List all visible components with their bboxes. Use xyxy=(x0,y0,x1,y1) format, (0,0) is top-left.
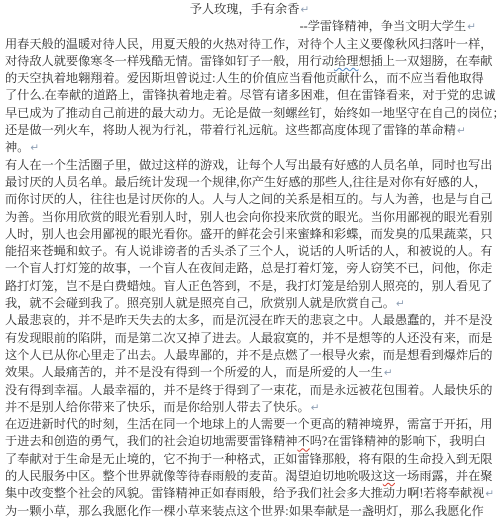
text-segment: 于进去和创造的勇气，我们的社会迫切地需要雷锋精神 xyxy=(5,434,298,448)
text-line: 并不是别人给你带来了快乐，而是你给别人带去了快乐。↵ xyxy=(5,399,494,416)
text-line: 还是做一列火车，将助人视为行礼，带着行礼远航。这些都高度体现了雷锋的革命精↵ xyxy=(5,122,494,139)
paragraph-mark-icon: ↵ xyxy=(29,142,39,154)
text-line: 有发现眼前的陷阱，而是第二次又掉了进去。人最寂寞的，并不是想等的人还没有来，而是 xyxy=(5,330,494,347)
text-line: 神。↵ xyxy=(5,139,494,156)
text-line: 路打灯笼，岂不是白费蜡烛。盲人正色答到，不是，我打灯笼是给别人照亮的，别人看见了 xyxy=(5,278,494,295)
text-segment: 能招来苍蝇和蚊子。有人说诽谤者的舌头杀了三个人，说话的人听话的人，和被说的人。有 xyxy=(5,244,493,258)
text-segment: 一个盲人打灯笼的故事，一个盲人在夜间走路，总是打着灯笼，旁人窃笑不已，问他，你走 xyxy=(5,261,493,275)
paragraph-mark-icon: ↵ xyxy=(466,21,476,33)
grammar-blue-squiggle: 给理 xyxy=(334,54,358,68)
text-line: 有人在一个生活圈子里，做过这样的游戏，让每个人写出最有好感的人员名单，同时也写出 xyxy=(5,157,494,174)
text-segment: 没有得到幸福。人最幸福的，并不是终于得到了一束花，而是永远被花包围着。人最快乐的 xyxy=(5,383,493,397)
paragraph-mark-icon: ↵ xyxy=(310,402,320,414)
text-segment: 了奉献对于生命是无止境的，它不拘于一种格式，正如雷锋那般，将有限的生命投入到无限 xyxy=(5,452,493,466)
text-line: 人最悲哀的，并不是昨天失去的太多，而是沉浸在昨天的悲哀之中。人最愚蠢的，并不是没 xyxy=(5,312,494,329)
text-line: 为善。当你用欣赏的眼光看别人时，别人也会向你投来欣赏的眼光。当你用鄙视的眼光看别 xyxy=(5,209,494,226)
text-segment: 早已成为了推动自己前进的最大动力。无论是做一刻螺丝钉，始终如一地坚守在自己的岗位… xyxy=(5,106,498,120)
text-segment: 想插上一双翅膀，在奉献 xyxy=(358,54,492,68)
text-line: 没有得到幸福。人最幸福的，并不是终于得到了一束花，而是永远被花包围着。人最快乐的 xyxy=(5,382,494,399)
text-line: 对待敌人就要像寒冬一样残酷无情。雷锋如钉子一般，用行动给理想插上一双翅膀，在奉献 xyxy=(5,53,494,70)
text-line: 效果。人最痛苦的，并不是没有得到一个所爱的人，而是所爱的人一生↵ xyxy=(5,364,494,381)
text-segment: 的天空执着地翱翔着。爱因斯坦曾说过:人生的价值应当看他贡献什么，而不应当看他取得 xyxy=(5,71,484,85)
text-line: 能招来苍蝇和蚊子。有人说诽谤者的舌头杀了三个人，说话的人听话的人，和被说的人。有 xyxy=(5,243,494,260)
subtitle-text: --学雷锋精神，争当文明大学生 xyxy=(300,19,467,33)
text-segment: 用春天般的温暖对待人民，用夏天般的火热对待工作，对待个人主义要像秋风扫落叶一样， xyxy=(5,37,493,51)
text-segment: 我，就不会碰到我了。照亮别人就是照亮自己，欣赏别人就是欣赏自己。 xyxy=(5,296,395,310)
text-segment: 为一颗小草，那么我愿化作一棵小草来装点这个世界:如果奉献是一盏明灯，那么我愿化作 xyxy=(5,504,484,518)
text-line: 在迈进新时代的时刻，生活在同一个地球上的人需要一个更高的精神境界，需富于开拓，用 xyxy=(5,416,494,433)
text-line: 最讨厌的人员名单。最后统计发现一个规律,你产生好感的那些人,往往是对你有好感的人… xyxy=(5,174,494,191)
document-page[interactable]: 予人玫瑰，手有余香↵ --学雷锋精神，争当文明大学生↵ 用春天般的温暖对待人民，… xyxy=(0,0,498,520)
title-text: 予人玫瑰，手有余香 xyxy=(190,2,300,16)
paragraph-mark-icon: ↵ xyxy=(383,367,393,379)
text-segment: 这个人已从你心里走了出去。人最卑鄙的，并不是点燃了一根导火索，而是想看到爆炸后的 xyxy=(5,348,493,362)
text-segment: 对待敌人就要像寒冬一样残酷无情。雷锋如钉子一般，用行动 xyxy=(5,54,334,68)
text-segment: 集中改变整个社会的风貌。雷锋精神正如春雨般，给予我们社会多大推动力啊!若将奉献视 xyxy=(5,486,484,500)
spellcheck-red-squiggle: 这 xyxy=(383,469,395,483)
text-segment: 路打灯笼，岂不是白费蜡烛。盲人正色答到，不是，我打灯笼是给别人照亮的，别人看见了 xyxy=(5,279,493,293)
text-line: 的人民服务中区。整个世界就像等待春雨般的麦苗。渴望迫切地吮吸这这一场雨露，并在聚 xyxy=(5,468,494,485)
text-segment: 了什么.在奉献的道路上，雷锋执着地走着。尽管有诸多困难，但在雷锋看来，对于党的忠… xyxy=(5,88,496,102)
text-segment: 并不是别人给你带来了快乐，而是你给别人带去了快乐。 xyxy=(5,400,310,414)
text-segment: 在迈进新时代的时刻，生活在同一个地球上的人需要一个更高的精神境界，需富于开拓，用 xyxy=(5,417,493,431)
text-segment: 有发现眼前的陷阱，而是第二次又掉了进去。人最寂寞的，并不是想等的人还没有来，而是 xyxy=(5,331,493,345)
text-segment: 有人在一个生活圈子里，做过这样的游戏，让每个人写出最有好感的人员名单，同时也写出 xyxy=(5,158,493,172)
text-line: 一个盲人打灯笼的故事，一个盲人在夜间走路，总是打着灯笼，旁人窃笑不已，问他，你走 xyxy=(5,260,494,277)
paragraph-mark-icon: ↵ xyxy=(456,125,466,137)
text-segment: 而你讨厌的人，往往也是讨厌你的人。人与人之间的关系是相互的。与人为善，也是与自己 xyxy=(5,192,493,206)
text-segment: 神。 xyxy=(5,140,29,154)
text-segment: 效果。人最痛苦的，并不是没有得到一个所爱的人，而是所爱的人一生 xyxy=(5,365,383,379)
text-segment: 吗?在雷锋精神的影响下，我明白 xyxy=(310,434,486,448)
text-line: 了什么.在奉献的道路上，雷锋执着地走着。尽管有诸多困难，但在雷锋看来，对于党的忠… xyxy=(5,87,494,104)
paragraph-mark-icon: ↵ xyxy=(484,488,494,500)
document-title: 予人玫瑰，手有余香↵ xyxy=(5,1,494,18)
text-segment: 的人民服务中区。整个世界就像等待春雨般的麦苗。渴望迫切地吮吸这 xyxy=(5,469,383,483)
text-line: 于进去和创造的勇气，我们的社会迫切地需要雷锋精神不吗?在雷锋精神的影响下，我明白 xyxy=(5,433,494,450)
text-line: 为一颗小草，那么我愿化作一棵小草来装点这个世界:如果奉献是一盏明灯，那么我愿化作 xyxy=(5,503,494,520)
text-line: 早已成为了推动自己前进的最大动力。无论是做一刻螺丝钉，始终如一地坚守在自己的岗位… xyxy=(5,105,494,122)
text-line: 我，就不会碰到我了。照亮别人就是照亮自己，欣赏别人就是欣赏自己。↵ xyxy=(5,295,494,312)
paragraph-mark-icon: ↵ xyxy=(395,298,405,310)
spellcheck-red-squiggle: 不 xyxy=(298,434,310,448)
text-segment: 还是做一列火车，将助人视为行礼，带着行礼远航。这些都高度体现了雷锋的革命精 xyxy=(5,123,456,137)
text-line: 用春天般的温暖对待人民，用夏天般的火热对待工作，对待个人主义要像秋风扫落叶一样， xyxy=(5,36,494,53)
document-body: 用春天般的温暖对待人民，用夏天般的火热对待工作，对待个人主义要像秋风扫落叶一样，… xyxy=(5,36,494,520)
text-segment: 人时，别人也会用鄙视的眼光看你。盛开的鲜花会引来蜜蜂和彩蝶，而发臭的瓜果蔬菜，只 xyxy=(5,227,493,241)
text-line: 了奉献对于生命是无止境的，它不拘于一种格式，正如雷锋那般，将有限的生命投入到无限 xyxy=(5,451,494,468)
text-line: 这个人已从你心里走了出去。人最卑鄙的，并不是点燃了一根导火索，而是想看到爆炸后的 xyxy=(5,347,494,364)
text-segment: 最讨厌的人员名单。最后统计发现一个规律,你产生好感的那些人,往往是对你有好感的人… xyxy=(5,175,486,189)
text-segment: 一场雨露，并在聚 xyxy=(395,469,493,483)
text-line: 的天空执着地翱翔着。爱因斯坦曾说过:人生的价值应当看他贡献什么，而不应当看他取得 xyxy=(5,70,494,87)
text-line: 而你讨厌的人，往往也是讨厌你的人。人与人之间的关系是相互的。与人为善，也是与自己 xyxy=(5,191,494,208)
paragraph-mark-icon: ↵ xyxy=(299,4,309,16)
text-line: 集中改变整个社会的风貌。雷锋精神正如春雨般，给予我们社会多大推动力啊!若将奉献视… xyxy=(5,485,494,502)
text-segment: 为善。当你用欣赏的眼光看别人时，别人也会向你投来欣赏的眼光。当你用鄙视的眼光看别 xyxy=(5,210,493,224)
text-segment: 人最悲哀的，并不是昨天失去的太多，而是沉浸在昨天的悲哀之中。人最愚蠢的，并不是没 xyxy=(5,313,493,327)
text-line: 人时，别人也会用鄙视的眼光看你。盛开的鲜花会引来蜜蜂和彩蝶，而发臭的瓜果蔬菜，只 xyxy=(5,226,494,243)
document-subtitle: --学雷锋精神，争当文明大学生↵ xyxy=(5,18,494,35)
